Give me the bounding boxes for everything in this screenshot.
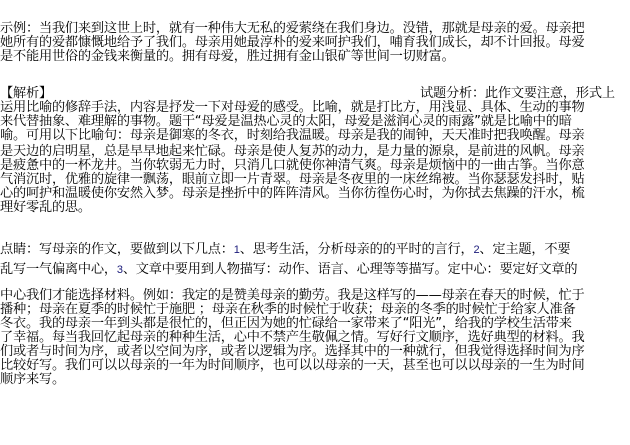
analysis-heading: 【解析】 — [0, 87, 52, 101]
example-line: 她所有的爱都慷慨地给予了我们。母亲用她最淳朴的爱来呵护我们，哺育我们成长，却不计… — [0, 36, 584, 50]
analysis-line: 是疲惫中的一杯龙井。当你软弱无力时，只消几口就使你神清气爽。母亲是烦恼中的一曲古… — [0, 159, 584, 173]
dianjing-line: 冬衣。我的母亲一年到头都是很忙的，但正因为她的忙碌给一家带来了“阳光”，给我的学… — [0, 317, 572, 331]
analysis-line: 是天边的启明星，总是早早地起来忙碌。母亲是使人复苏的动力，是力量的源泉，是前进的… — [0, 145, 584, 159]
analysis-line: 理好零乱的思。 — [0, 201, 91, 215]
analysis-line: 来代替抽象、难理解的事物。题干“母爱是温热心灵的太阳，母爱是滋润心灵的雨露”就是… — [0, 115, 572, 129]
example-line: 示例：当我们来到这世上时，就有一种伟大无私的爱萦绕在我们身边。没错，那就是母亲的… — [0, 22, 584, 36]
dianjing-line: 们或者与时间为序，或者以空间为序，或者以逻辑为序。选择其中的一种就行，但我觉得选… — [0, 345, 584, 359]
dianjing-line: 顺序来写。 — [0, 373, 65, 387]
dianjing-line: 中心我们才能选择材料。例如：我定的是赞美母亲的勤劳。我是这样写的——母亲在春天的… — [0, 289, 584, 303]
dianjing-text: 、思考生活，分析母亲的的平时的言行， — [240, 242, 474, 257]
dianjing-text: 乱写一气偏离中心， — [0, 262, 117, 277]
dianjing-line: 比较好写。我们可以以母亲的一年为时间顺序，也可以以母亲的一天，甚至也可以以母亲的… — [0, 359, 584, 373]
example-line: 是不能用世俗的金钱来衡量的。拥有母爱，胜过拥有金山银矿等世间一切财富。 — [0, 50, 455, 64]
analysis-line: 运用比喻的修辞手法，内容是抒发一下对母爱的感受。比喻，就是打比方，用浅显、具体、… — [0, 101, 584, 115]
dianjing-line: 播种；母亲在夏季的时候忙于施肥 ；母亲在秋季的时候忙于收获；母亲的冬季的时候忙于… — [0, 303, 575, 317]
analysis-subheading: 试题分析：此作文要注意，形式上 — [420, 87, 615, 101]
dianjing-line-2: 乱写一气偏离中心，3、文章中要用到人物描写：动作、语言、心理等等描写。定中心：要… — [0, 263, 577, 277]
dianjing-text: 、文章中要用到人物描写：动作、语言、心理等等描写。定中心：要定好文章的 — [123, 262, 578, 277]
dianjing-text: 、定主题，不要 — [479, 242, 570, 257]
analysis-line: 喻。可用以下比喻句：母亲是御寒的冬衣，时刻给我温暖。母亲是我的闹钟，天天准时把我… — [0, 129, 584, 143]
analysis-line: 气消沉时，优雅的旋律一飘荡，眼前立即一片青翠。母亲是冬夜里的一床丝绵被。当你瑟瑟… — [0, 173, 584, 187]
dianjing-text: 点睛：写母亲的作文，要做到以下几点： — [0, 242, 234, 257]
dianjing-line-1: 点睛：写母亲的作文，要做到以下几点：1、思考生活，分析母亲的的平时的言行，2、定… — [0, 243, 570, 257]
analysis-line: 心的呵护和温暖使你安然入梦。母亲是挫折中的阵阵清风。当你彷徨伤心时，为你拭去焦躁… — [0, 187, 584, 201]
dianjing-line: 了幸福。每当我回忆起母亲的种种生活，心中不禁产生敬佩之情。写好行文顺序，选好典型… — [0, 331, 584, 345]
